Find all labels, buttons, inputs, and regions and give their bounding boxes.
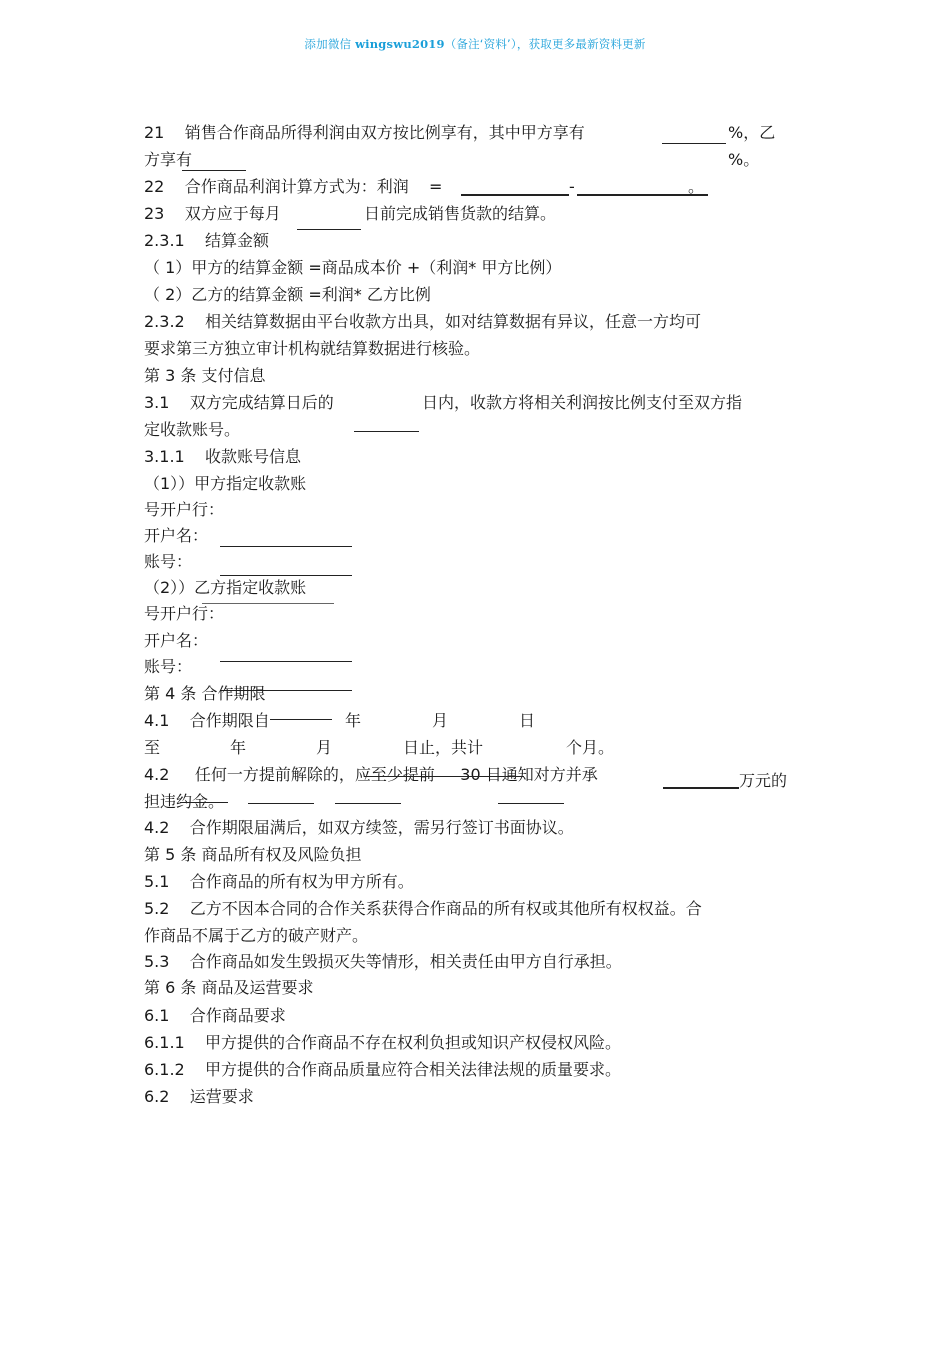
- account-a-number-label: 账号：: [144, 552, 192, 572]
- clause-5-2-line1: 5.2 乙方不因本合同的合作关系获得合作商品的所有权或其他所有权权益。合: [144, 899, 702, 919]
- clause-4-2-tail: 万元的: [739, 771, 787, 791]
- blank-start-month[interactable]: [248, 803, 314, 804]
- account-a-bank-label: 号开户行：: [144, 500, 224, 520]
- account-b-title: （2））乙方指定收款账: [144, 578, 306, 598]
- clause-2-3-suffix: 日前完成销售货款的结算。: [364, 204, 556, 224]
- label-year: 年: [345, 711, 361, 731]
- article-6-heading: 第 6 条 商品及运营要求: [144, 978, 313, 998]
- account-a-name-label: 开户名：: [144, 526, 208, 546]
- clause-3-1-tail: 日内，收款方将相关利润按比例支付至双方指: [422, 393, 742, 413]
- blank-account-b-name[interactable]: [220, 661, 352, 662]
- clause-6-1: 6.1 合作商品要求: [144, 1006, 286, 1026]
- clause-2-3-1-item1: （ 1）甲方的结算金额 =商品成本价 +（利润* 甲方比例）: [144, 258, 561, 278]
- clause-2-3-1-item2: （ 2）乙方的结算金额 =利润* 乙方比例: [144, 285, 431, 305]
- clause-2-2: 22 合作商品利润计算方式为：利润 =: [144, 177, 442, 197]
- clause-2-1-percent-a: %，乙: [728, 123, 775, 143]
- clause-2-3-2-line2: 要求第三方独立审计机构就结算数据进行核验。: [144, 339, 480, 359]
- blank-account-a-number[interactable]: [220, 575, 352, 576]
- account-b-name-label: 开户名：: [144, 631, 208, 651]
- label-end-until: 日止，共计: [403, 738, 483, 758]
- label-end-month: 月: [316, 738, 332, 758]
- article-4-heading: 第 4 条 合作期限: [144, 684, 265, 704]
- label-month: 月: [432, 711, 448, 731]
- blank-party-a-share[interactable]: [662, 143, 726, 144]
- clause-6-1-2: 6.1.2 甲方提供的合作商品质量应符合相关法律法规的质量要求。: [144, 1060, 621, 1080]
- blank-account-a-name[interactable]: [220, 546, 352, 547]
- clause-4-2-renewal: 4.2 合作期限届满后，如双方续签，需另行签订书面协议。: [144, 818, 574, 838]
- clause-5-2-line2: 作商品不属于乙方的破产财产。: [144, 926, 368, 946]
- clause-2-3-1: 2.3.1 结算金额: [144, 231, 269, 251]
- account-a-title: （1））甲方指定收款账: [144, 474, 306, 494]
- clause-2-1-percent-b: %。: [728, 150, 759, 170]
- period: 。: [688, 177, 704, 197]
- clause-5-3: 5.3 合作商品如发生毁损灭失等情形，相关责任由甲方自行承担。: [144, 952, 622, 972]
- strike-penalty: [180, 802, 228, 803]
- blank-payment-days[interactable]: [354, 431, 419, 432]
- strike-notice-clause: [364, 776, 524, 777]
- label-end-year: 年: [230, 738, 246, 758]
- clause-3-1-1: 3.1.1 收款账号信息: [144, 447, 301, 467]
- banner-prefix: 添加微信: [304, 37, 355, 51]
- clause-5-1: 5.1 合作商品的所有权为甲方所有。: [144, 872, 414, 892]
- article-5-heading: 第 5 条 商品所有权及风险负担: [144, 845, 361, 865]
- article-3-heading: 第 3 条 支付信息: [144, 366, 265, 386]
- label-total-months: 个月。: [566, 738, 614, 758]
- label-to: 至: [144, 738, 160, 758]
- blank-profit-minuend[interactable]: [461, 194, 569, 196]
- label-day: 日: [519, 711, 535, 731]
- clause-3-1-line1: 3.1 双方完成结算日后的: [144, 393, 334, 413]
- clause-2-1-line2: 方享有: [144, 150, 192, 170]
- blank-settlement-day[interactable]: [297, 229, 361, 230]
- watermark-banner: 添加微信 wingswu2019（备注‘资料’），获取更多最新资料更新: [0, 36, 950, 52]
- blank-total-months[interactable]: [498, 803, 564, 804]
- account-b-bank-label: 号开户行：: [144, 604, 224, 624]
- wechat-id: wingswu2019: [355, 37, 445, 51]
- minus-sign: -: [569, 177, 575, 197]
- banner-suffix: （备注‘资料’），获取更多最新资料更新: [445, 37, 646, 51]
- blank-start-day[interactable]: [335, 803, 401, 804]
- clause-6-2: 6.2 运营要求: [144, 1087, 254, 1107]
- clause-2-3-prefix: 23 双方应于每月: [144, 204, 281, 224]
- clause-4-2-line1: 4.2 任何一方提前解除的，应至少提前 30 日通知对方并承: [144, 765, 598, 785]
- account-b-number-label: 账号：: [144, 657, 192, 677]
- clause-3-1-line2: 定收款账号。: [144, 420, 240, 440]
- blank-start-year[interactable]: [270, 719, 332, 720]
- clause-6-1-1: 6.1.1 甲方提供的合作商品不存在权利负担或知识产权侵权风险。: [144, 1033, 621, 1053]
- clause-2-3-2-line1: 2.3.2 相关结算数据由平台收款方出具，如对结算数据有异议，任意一方均可: [144, 312, 701, 332]
- clause-2-1-line1: 21 销售合作商品所得利润由双方按比例享有，其中甲方享有: [144, 123, 585, 143]
- blank-penalty-amount[interactable]: [663, 787, 739, 789]
- clause-4-1-prefix: 4.1 合作期限自: [144, 711, 270, 731]
- blank-party-b-share[interactable]: [182, 170, 246, 171]
